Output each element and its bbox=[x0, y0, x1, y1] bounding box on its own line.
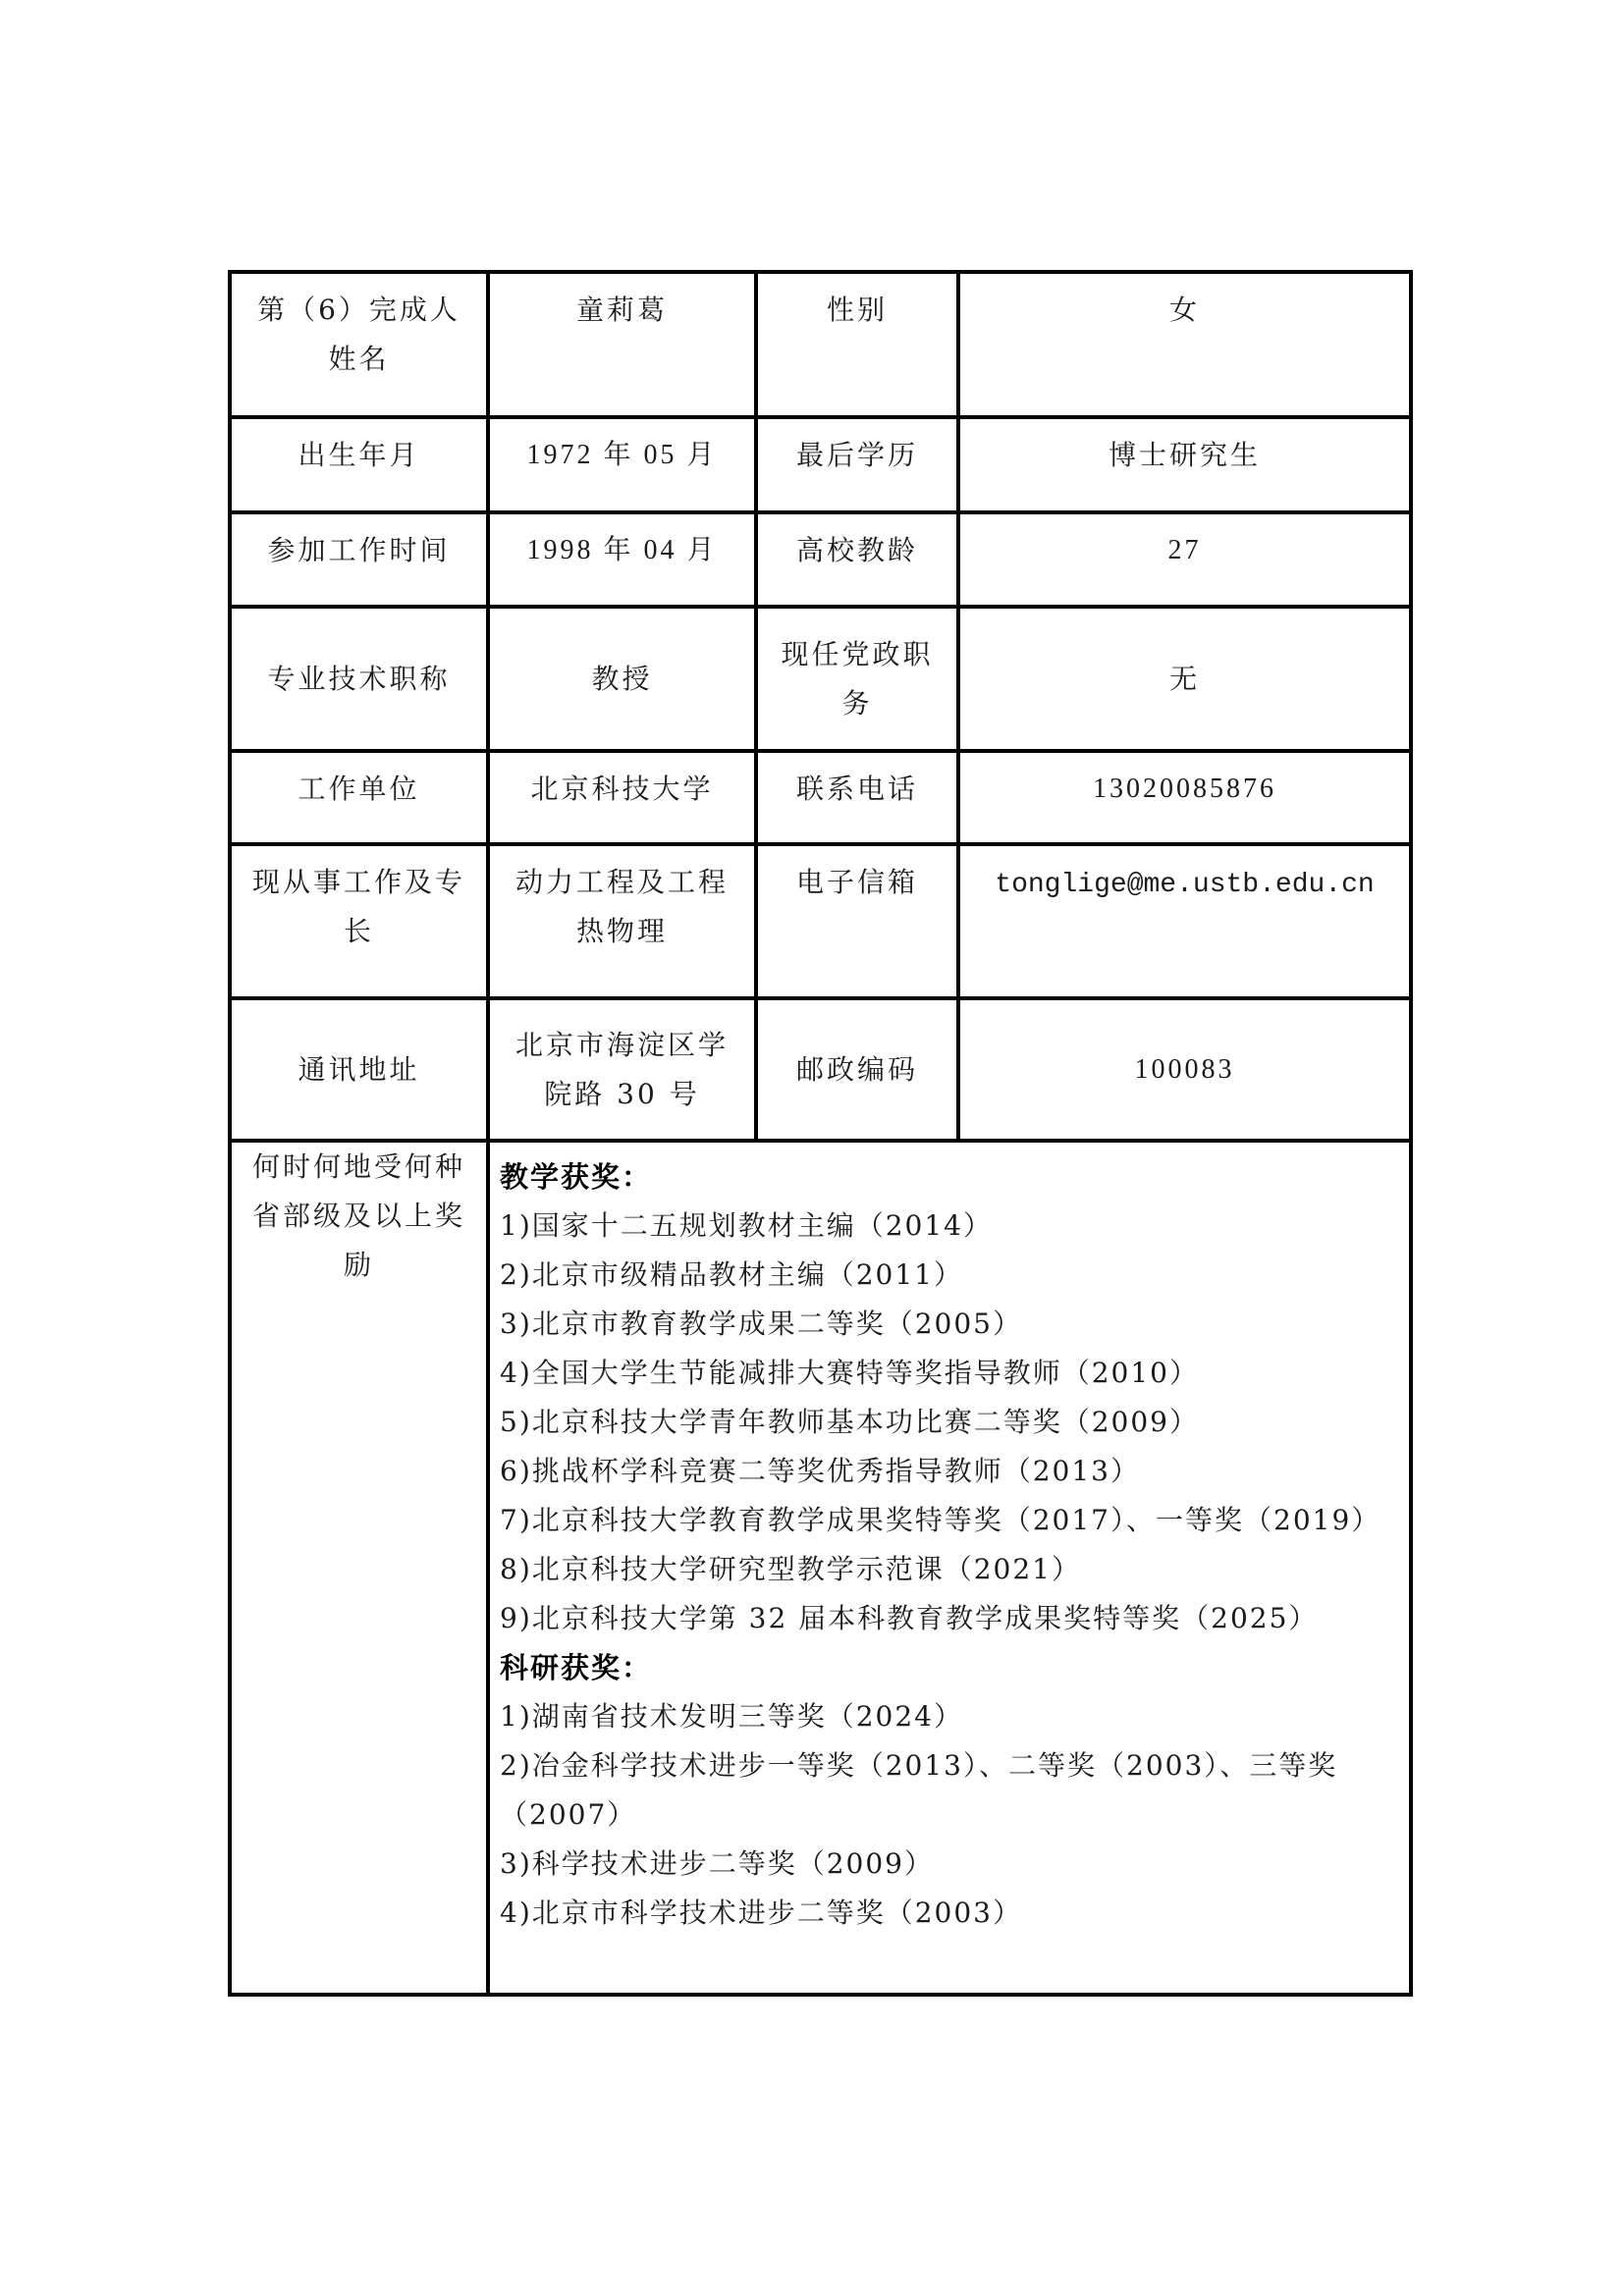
education-label-cell: 最后学历 bbox=[756, 417, 958, 512]
list-item: 3)北京市教育教学成果二等奖（2005） bbox=[500, 1300, 1401, 1349]
work-start-value-cell: 1998 年 04 月 bbox=[488, 512, 756, 607]
phone-value-cell: 13020085876 bbox=[958, 751, 1411, 844]
phone-value: 13020085876 bbox=[1093, 774, 1276, 804]
employer-label: 工作单位 bbox=[298, 773, 419, 805]
list-item: 1)湖南省技术发明三等奖（2024） bbox=[500, 1692, 1401, 1741]
list-item: 6)挑战杯学科竞赛二等奖优秀指导教师（2013） bbox=[500, 1447, 1401, 1496]
professional-title-label-cell: 专业技术职称 bbox=[230, 607, 488, 751]
email-label-cell: 电子信箱 bbox=[756, 844, 958, 998]
party-position-value-cell: 无 bbox=[958, 607, 1411, 751]
education-value-cell: 博士研究生 bbox=[958, 417, 1411, 512]
email-value-cell: tonglige@me.ustb.edu.cn bbox=[958, 844, 1411, 998]
completer-name-label: 第（6）完成人姓名 bbox=[246, 286, 472, 384]
specialty-label: 现从事工作及专长 bbox=[242, 858, 477, 956]
gender-value-cell: 女 bbox=[958, 272, 1411, 417]
list-item: 5)北京科技大学青年教师基本功比赛二等奖（2009） bbox=[500, 1398, 1401, 1447]
birth-date-label-cell: 出生年月 bbox=[230, 417, 488, 512]
email-value: tonglige@me.ustb.edu.cn bbox=[995, 870, 1374, 900]
list-item: 7)北京科技大学教育教学成果奖特等奖（2017）、一等奖（2019） bbox=[500, 1496, 1401, 1545]
list-item: 8)北京科技大学研究型教学示范课（2021） bbox=[500, 1545, 1401, 1594]
address-label-cell: 通讯地址 bbox=[230, 998, 488, 1141]
work-start-label: 参加工作时间 bbox=[267, 534, 450, 566]
list-item: 9)北京科技大学第 32 届本科教育教学成果奖特等奖（2025） bbox=[500, 1594, 1401, 1643]
teaching-awards-list: 1)国家十二五规划教材主编（2014） 2)北京市级精品教材主编（2011） 3… bbox=[500, 1201, 1401, 1643]
professional-title-value-cell: 教授 bbox=[488, 607, 756, 751]
gender-label: 性别 bbox=[827, 294, 888, 326]
research-awards-list: 1)湖南省技术发明三等奖（2024） 2)冶金科学技术进步一等奖（2013）、二… bbox=[500, 1692, 1401, 1938]
email-label: 电子信箱 bbox=[796, 866, 918, 898]
birth-date-value-cell: 1972 年 05 月 bbox=[488, 417, 756, 512]
list-item: 4)北京市科学技术进步二等奖（2003） bbox=[500, 1889, 1401, 1938]
awards-content-cell: 教学获奖： 1)国家十二五规划教材主编（2014） 2)北京市级精品教材主编（2… bbox=[488, 1141, 1411, 1995]
list-item: 1)国家十二五规划教材主编（2014） bbox=[500, 1201, 1401, 1251]
completer-name-label-cell: 第（6）完成人姓名 bbox=[230, 272, 488, 417]
table-row: 现从事工作及专长 动力工程及工程热物理 电子信箱 tonglige@me.ust… bbox=[230, 844, 1411, 998]
table-row: 何时何地受何种省部级及以上奖励 教学获奖： 1)国家十二五规划教材主编（2014… bbox=[230, 1141, 1411, 1995]
gender-value: 女 bbox=[1169, 294, 1200, 326]
address-label: 通讯地址 bbox=[298, 1053, 419, 1086]
education-value: 博士研究生 bbox=[1109, 439, 1261, 471]
list-item: 2)北京市级精品教材主编（2011） bbox=[500, 1251, 1401, 1300]
personal-info-form-table: 第（6）完成人姓名 童莉葛 性别 女 出生年月 1972 年 05 月 最后学历 bbox=[228, 270, 1413, 1997]
party-position-value: 无 bbox=[1169, 663, 1200, 695]
teaching-awards-heading: 教学获奖： bbox=[500, 1152, 1401, 1201]
birth-date-value: 1972 年 05 月 bbox=[526, 440, 717, 470]
employer-label-cell: 工作单位 bbox=[230, 751, 488, 844]
address-value: 北京市海淀区学院路 30 号 bbox=[505, 1021, 740, 1119]
table-row: 工作单位 北京科技大学 联系电话 13020085876 bbox=[230, 751, 1411, 844]
table-row: 参加工作时间 1998 年 04 月 高校教龄 27 bbox=[230, 512, 1411, 607]
specialty-value-cell: 动力工程及工程热物理 bbox=[488, 844, 756, 998]
awards-label-cell: 何时何地受何种省部级及以上奖励 bbox=[230, 1141, 488, 1995]
phone-label-cell: 联系电话 bbox=[756, 751, 958, 844]
party-position-label: 现任党政职务 bbox=[772, 630, 944, 728]
gender-label-cell: 性别 bbox=[756, 272, 958, 417]
awards-label: 何时何地受何种省部级及以上奖励 bbox=[242, 1143, 477, 1290]
professional-title-label: 专业技术职称 bbox=[267, 663, 450, 695]
name-value-cell: 童莉葛 bbox=[488, 272, 756, 417]
address-value-cell: 北京市海淀区学院路 30 号 bbox=[488, 998, 756, 1141]
table-row: 通讯地址 北京市海淀区学院路 30 号 邮政编码 100083 bbox=[230, 998, 1411, 1141]
name-value: 童莉葛 bbox=[576, 294, 668, 326]
employer-value: 北京科技大学 bbox=[530, 773, 713, 805]
list-item: 4)全国大学生节能减排大赛特等奖指导教师（2010） bbox=[500, 1349, 1401, 1398]
list-item: 3)科学技术进步二等奖（2009） bbox=[500, 1840, 1401, 1889]
birth-date-label: 出生年月 bbox=[298, 439, 419, 471]
teaching-years-value: 27 bbox=[1168, 535, 1202, 565]
table-row: 第（6）完成人姓名 童莉葛 性别 女 bbox=[230, 272, 1411, 417]
table-row: 出生年月 1972 年 05 月 最后学历 博士研究生 bbox=[230, 417, 1411, 512]
specialty-value: 动力工程及工程热物理 bbox=[505, 858, 740, 956]
postcode-label: 邮政编码 bbox=[796, 1053, 918, 1086]
table-row: 专业技术职称 教授 现任党政职务 无 bbox=[230, 607, 1411, 751]
employer-value-cell: 北京科技大学 bbox=[488, 751, 756, 844]
postcode-value-cell: 100083 bbox=[958, 998, 1411, 1141]
professional-title-value: 教授 bbox=[591, 663, 652, 695]
phone-label: 联系电话 bbox=[796, 773, 918, 805]
education-label: 最后学历 bbox=[796, 439, 918, 471]
list-item: 2)冶金科学技术进步一等奖（2013）、二等奖（2003）、三等奖（2007） bbox=[500, 1741, 1401, 1840]
party-position-label-cell: 现任党政职务 bbox=[756, 607, 958, 751]
postcode-value: 100083 bbox=[1135, 1054, 1235, 1085]
work-start-label-cell: 参加工作时间 bbox=[230, 512, 488, 607]
teaching-years-label-cell: 高校教龄 bbox=[756, 512, 958, 607]
teaching-years-value-cell: 27 bbox=[958, 512, 1411, 607]
teaching-years-label: 高校教龄 bbox=[796, 534, 918, 566]
postcode-label-cell: 邮政编码 bbox=[756, 998, 958, 1141]
research-awards-heading: 科研获奖： bbox=[500, 1643, 1401, 1692]
document-page: 第（6）完成人姓名 童莉葛 性别 女 出生年月 1972 年 05 月 最后学历 bbox=[0, 0, 1624, 2296]
work-start-value: 1998 年 04 月 bbox=[526, 535, 717, 565]
specialty-label-cell: 现从事工作及专长 bbox=[230, 844, 488, 998]
